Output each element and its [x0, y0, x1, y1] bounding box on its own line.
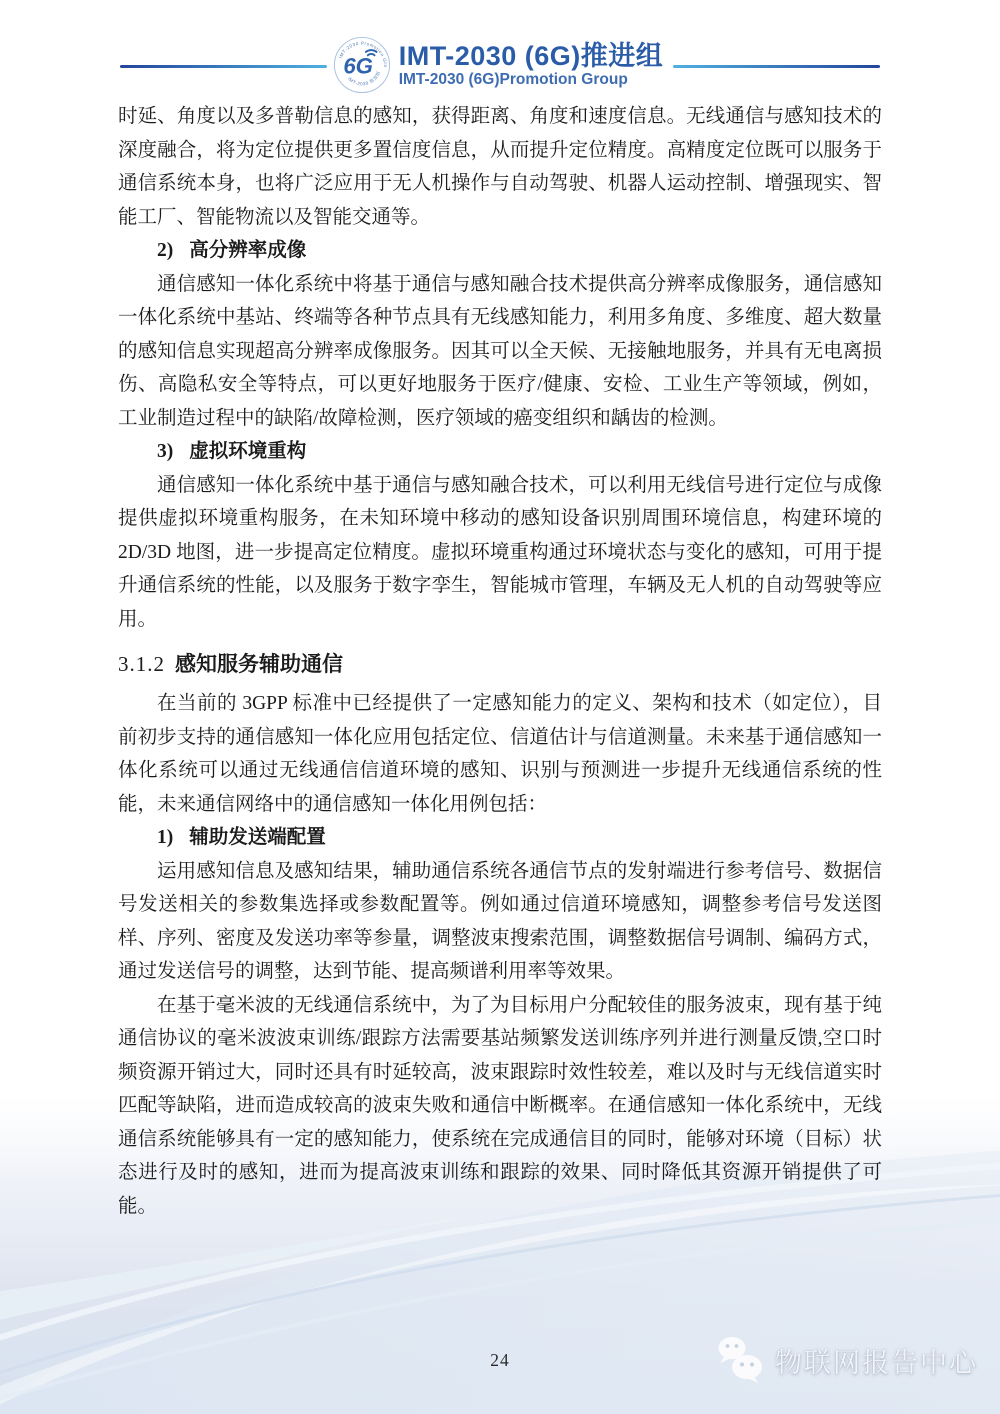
document-body: 时延、角度以及多普勒信息的感知，获得距离、角度和速度信息。无线通信与感知技术的深…	[118, 100, 882, 1223]
paragraph-mmwave-beam: 在基于毫米波的无线通信系统中，为了为目标用户分配较佳的服务波束，现有基于纯通信协…	[118, 989, 882, 1224]
logo-6g-text: 6G	[343, 54, 373, 79]
imt2030-6g-logo-icon: IMT-2030 Promotion Group IMT-2030 推进组 6G	[333, 36, 391, 94]
subheading-2-high-res-imaging: 2)高分辨率成像	[118, 234, 882, 268]
header-rule-right	[673, 65, 880, 68]
paragraph-tx-config: 运用感知信息及感知结果，辅助通信系统各通信节点的发射端进行参考信号、数据信号发送…	[118, 855, 882, 989]
subheading-2-number: 2)	[157, 240, 173, 261]
header-rule-left	[120, 65, 327, 68]
document-page: IMT-2030 Promotion Group IMT-2030 推进组 6G…	[0, 0, 1000, 1414]
paragraph-3gpp-intro: 在当前的 3GPP 标准中已经提供了一定感知能力的定义、架构和技术（如定位），目…	[118, 687, 882, 821]
paragraph-virtual-env: 通信感知一体化系统中基于通信与感知融合技术，可以利用无线信号进行定位与成像提供虚…	[118, 469, 882, 637]
subheading-2-title: 高分辨率成像	[189, 239, 306, 261]
org-subtitle: IMT-2030 (6G)Promotion Group	[399, 72, 664, 88]
paragraph-high-res-imaging: 通信感知一体化系统中将基于通信与感知融合技术提供高分辨率成像服务，通信感知一体化…	[118, 268, 882, 436]
subheading-1-number: 1)	[157, 827, 173, 848]
paragraph-continued: 时延、角度以及多普勒信息的感知，获得距离、角度和速度信息。无线通信与感知技术的深…	[118, 100, 882, 234]
wechat-icon	[717, 1334, 765, 1386]
subheading-3-virtual-env: 3)虚拟环境重构	[118, 435, 882, 469]
subheading-3-number: 3)	[157, 441, 173, 462]
org-logo-block: IMT-2030 Promotion Group IMT-2030 推进组 6G…	[327, 36, 674, 94]
section-title: 感知服务辅助通信	[175, 653, 343, 676]
subheading-1-tx-config: 1)辅助发送端配置	[118, 821, 882, 855]
org-title-block: IMT-2030 (6G)推进组 IMT-2030 (6G)Promotion …	[399, 42, 664, 89]
watermark-text: 物联网报告中心	[775, 1341, 978, 1380]
page-header: IMT-2030 Promotion Group IMT-2030 推进组 6G…	[0, 0, 1000, 94]
section-number: 3.1.2	[118, 652, 165, 676]
watermark: 物联网报告中心	[717, 1334, 978, 1386]
subheading-1-title: 辅助发送端配置	[189, 826, 326, 848]
section-heading-3-1-2: 3.1.2感知服务辅助通信	[118, 646, 882, 683]
org-title: IMT-2030 (6G)推进组	[399, 42, 664, 70]
subheading-3-title: 虚拟环境重构	[189, 440, 306, 462]
